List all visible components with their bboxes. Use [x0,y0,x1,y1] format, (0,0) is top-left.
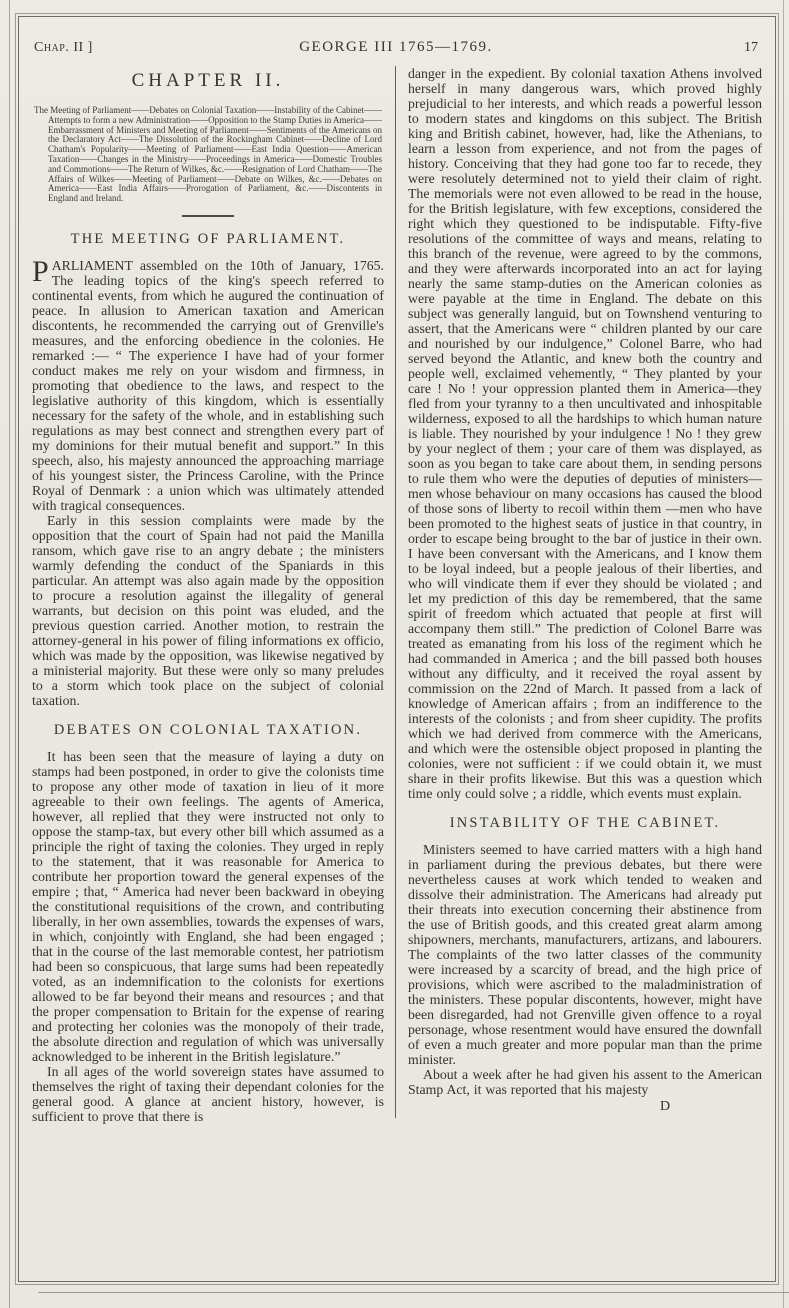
printer-signature-mark: D [408,1099,762,1115]
paragraph: Early in this session complaints were ma… [32,513,384,708]
paragraph: PARLIAMENT assembled on the 10th of Janu… [32,258,384,513]
section-heading-debates-colonial-taxation: DEBATES ON COLONIAL TAXATION. [32,722,384,739]
synopsis-divider-rule [182,215,234,217]
chapter-synopsis: The Meeting of Parliament——Debates on Co… [34,106,382,204]
text-columns: CHAPTER II. The Meeting of Parliament——D… [32,66,762,1124]
chapter-label: Chap. II ] [34,40,184,56]
page-number: 17 [608,40,758,56]
section-heading-instability-of-cabinet: INSTABILITY OF THE CABINET. [408,815,762,832]
drop-cap: P [32,258,52,284]
section-heading-meeting-of-parliament: THE MEETING OF PARLIAMENT. [32,231,384,248]
page-edge-rule-right [783,0,784,1308]
paragraph: In all ages of the world sovereign state… [32,1064,384,1124]
chapter-heading: CHAPTER II. [32,70,384,92]
page-border-frame: Chap. II ] GEORGE III 1765—1769. 17 CHAP… [18,16,776,1282]
paragraph-text: ARLIAMENT assembled on the 10th of Janua… [32,258,384,513]
paragraph: About a week after he had given his asse… [408,1067,762,1097]
page-edge-rule-left [9,0,10,1308]
running-title: GEORGE III 1765—1769. [184,39,608,56]
left-column: CHAPTER II. The Meeting of Parliament——D… [32,66,395,1124]
paragraph: Ministers seemed to have carried matters… [408,842,762,1067]
running-header: Chap. II ] GEORGE III 1765—1769. 17 [34,39,758,56]
paragraph: It has been seen that the measure of lay… [32,749,384,1064]
paragraph-continued: danger in the expedient. By colonial tax… [408,66,762,801]
right-column: danger in the expedient. By colonial tax… [396,66,762,1124]
page-bottom-rule [38,1292,789,1293]
